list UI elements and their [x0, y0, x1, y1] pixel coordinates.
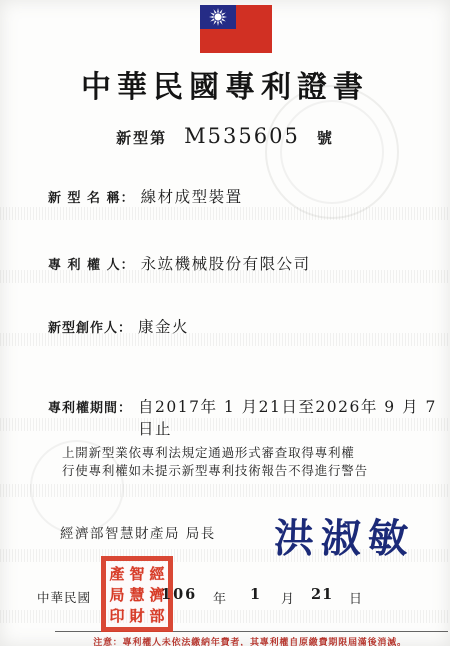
field-label: 專 利 權 人： [48, 254, 135, 273]
seal-char: 部 [147, 605, 167, 626]
patent-number-suffix: 號 [317, 127, 334, 148]
watermark-ring [280, 100, 384, 204]
field-value: 線材成型裝置 [141, 185, 243, 207]
background-texture-band [0, 610, 450, 623]
background-texture-band [0, 484, 450, 497]
seal-char: 局 [107, 584, 127, 605]
field-label: 專利權期間： [48, 397, 132, 416]
field-patentee: 專 利 權 人： 永竑機械股份有限公司 [48, 252, 311, 274]
background-texture-band [0, 207, 450, 220]
date-day: 21 [311, 586, 333, 603]
date-month: 1 [250, 586, 260, 603]
seal-char: 財 [127, 605, 147, 626]
seal-char: 產 [107, 563, 127, 584]
roc-flag-icon [200, 5, 272, 53]
legal-statement: 上開新型業依專利法規定通過形式審查取得專利權 行使專利權如未提示新型專利技術報告… [62, 444, 368, 479]
date-era: 中華民國 [37, 588, 91, 606]
date-year-label: 年 [213, 588, 226, 607]
patent-number-prefix: 新型第 [116, 127, 167, 148]
certificate-title: 中華民國專利證書 [0, 62, 450, 106]
field-label: 新型創作人： [48, 317, 132, 336]
footer-note: 注意：專利權人未依法繳納年費者，其專利權自原繳費期限屆滿後消滅。 [0, 635, 450, 646]
patent-number-row: 新型第 M535605 號 [0, 124, 450, 148]
date-day-label: 日 [349, 588, 362, 607]
patent-certificate-page: 中華民國專利證書 新型第 M535605 號 新 型 名 稱： 線材成型裝置 專… [0, 0, 450, 646]
issuer-title: 經濟部智慧財產局 局長 [60, 522, 216, 542]
field-value: 永竑機械股份有限公司 [141, 252, 311, 274]
field-model-name: 新 型 名 稱： 線材成型裝置 [48, 185, 243, 207]
legal-line-1: 上開新型業依專利法規定通過形式審查取得專利權 [62, 444, 368, 462]
date-month-label: 月 [281, 588, 294, 607]
date-year: 106 [161, 586, 197, 603]
seal-char: 經 [147, 563, 167, 584]
director-signature: 洪淑敏 [273, 507, 416, 564]
seal-char: 慧 [127, 584, 147, 605]
field-value: 康金火 [138, 315, 189, 337]
seal-char: 印 [107, 605, 127, 626]
patent-number: M535605 [184, 124, 300, 148]
field-creator: 新型創作人： 康金火 [48, 315, 189, 337]
seal-char: 智 [127, 563, 147, 584]
field-label: 新 型 名 稱： [48, 187, 135, 206]
legal-line-2: 行使專利權如未提示新型專利技術報告不得進行警告 [62, 462, 368, 480]
field-value: 自2017年 1 月21日至2026年 9 月 7 日止 [138, 395, 450, 439]
field-patent-term: 專利權期間： 自2017年 1 月21日至2026年 9 月 7 日止 [48, 395, 450, 439]
